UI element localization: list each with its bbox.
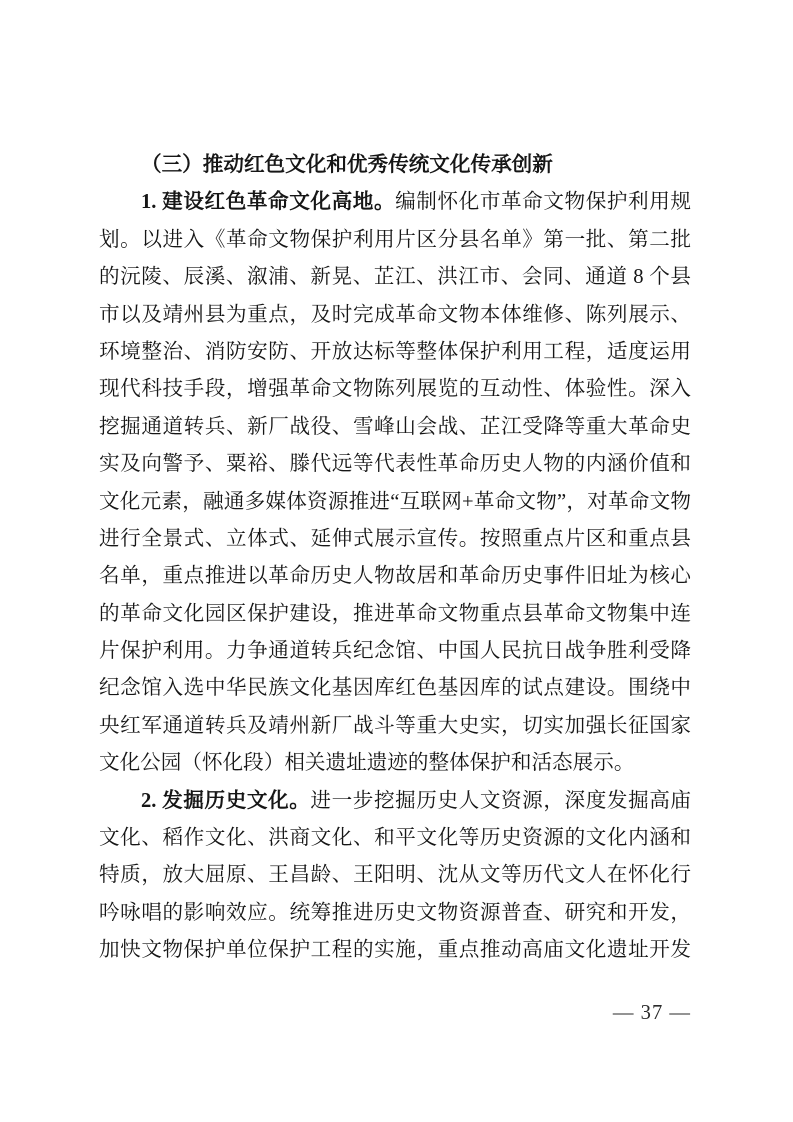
text-line: 现代科技手段，增强革命文物陈列展览的互动性、体验性。深入 <box>99 371 691 408</box>
page-number: — 37 — <box>613 1001 691 1025</box>
body-lines: 1. 建设红色革命文化高地。编制怀化市革命文物保护利用规划。以进入《革命文物保护… <box>99 184 691 969</box>
section-heading: （三）推动红色文化和优秀传统文化传承创新 <box>99 147 691 184</box>
text-line: 划。以进入《革命文物保护利用片区分县名单》第一批、第二批 <box>99 222 691 259</box>
text-line: 文化公园（怀化段）相关遗址遗迹的整体保护和活态展示。 <box>99 745 691 782</box>
text-line: 文化、稻作文化、洪商文化、和平文化等历史资源的文化内涵和 <box>99 820 691 857</box>
text-line: 的沅陵、辰溪、溆浦、新晃、芷江、洪江市、会同、通道 8 个县 <box>99 259 691 296</box>
text-line: 纪念馆入选中华民族文化基因库红色基因库的试点建设。围绕中 <box>99 670 691 707</box>
text-line: 吟咏唱的影响效应。统筹推进历史文物资源普查、研究和开发， <box>99 895 691 932</box>
text-line: 市以及靖州县为重点，及时完成革命文物本体维修、陈列展示、 <box>99 297 691 334</box>
text-line: 1. 建设红色革命文化高地。编制怀化市革命文物保护利用规 <box>99 184 691 221</box>
text-line: 进行全景式、立体式、延伸式展示宣传。按照重点片区和重点县 <box>99 521 691 558</box>
text-line: 名单，重点推进以革命历史人物故居和革命历史事件旧址为核心 <box>99 558 691 595</box>
text-line: 加快文物保护单位保护工程的实施，重点推动高庙文化遗址开发 <box>99 932 691 969</box>
paragraph-lead: 2. 发掘历史文化。 <box>141 790 310 812</box>
text-line: 环境整治、消防安防、开放达标等整体保护利用工程，适度运用 <box>99 334 691 371</box>
text-line: 2. 发掘历史文化。进一步挖掘历史人文资源，深度发掘高庙 <box>99 783 691 820</box>
paragraph-lead: 1. 建设红色革命文化高地。 <box>141 191 395 213</box>
document-page: （三）推动红色文化和优秀传统文化传承创新 1. 建设红色革命文化高地。编制怀化市… <box>0 0 793 1122</box>
document-content: （三）推动红色文化和优秀传统文化传承创新 1. 建设红色革命文化高地。编制怀化市… <box>99 147 691 970</box>
text-line: 的革命文化园区保护建设，推进革命文物重点县革命文物集中连 <box>99 596 691 633</box>
text-line: 文化元素，融通多媒体资源推进“互联网+革命文物”，对革命文物 <box>99 484 691 521</box>
text-line: 挖掘通道转兵、新厂战役、雪峰山会战、芷江受降等重大革命史 <box>99 409 691 446</box>
text-line: 特质，放大屈原、王昌龄、王阳明、沈从文等历代文人在怀化行 <box>99 857 691 894</box>
text-line: 片保护利用。力争通道转兵纪念馆、中国人民抗日战争胜利受降 <box>99 633 691 670</box>
text-line: 央红军通道转兵及靖州新厂战斗等重大史实，切实加强长征国家 <box>99 708 691 745</box>
text-line: 实及向警予、粟裕、滕代远等代表性革命历史人物的内涵价值和 <box>99 446 691 483</box>
